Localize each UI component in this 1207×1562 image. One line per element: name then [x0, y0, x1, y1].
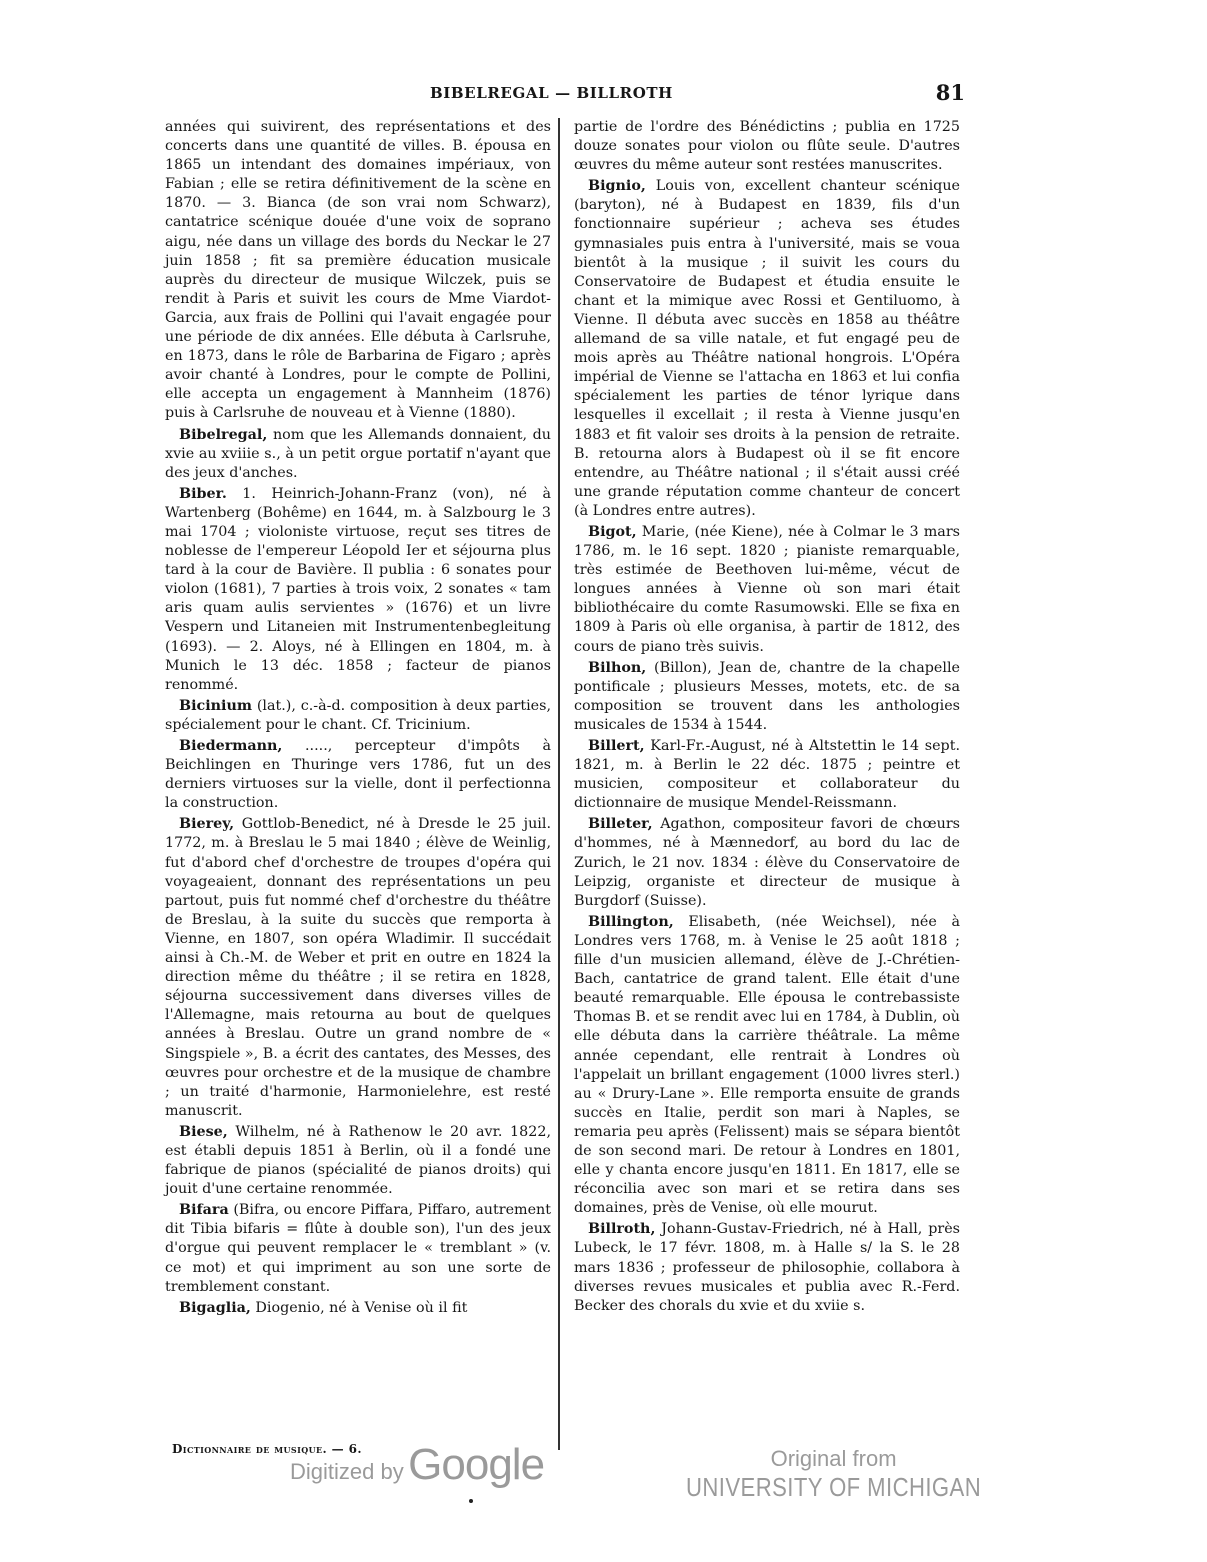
headword: Biber.	[179, 486, 227, 502]
headword: Biedermann,	[179, 738, 282, 754]
headword: Billroth,	[588, 1221, 655, 1237]
headword: Bifara	[179, 1202, 229, 1218]
entry-bigot: Bigot, Marie, (née Kiene), née à Colmar …	[574, 523, 960, 657]
headword: Bigot,	[588, 524, 637, 540]
google-watermark: Digitized by Google	[290, 1440, 544, 1490]
running-head: BIBELREGAL — BILLROTH	[430, 84, 673, 102]
headword: Bierey,	[179, 816, 234, 832]
headword: Bicinium	[179, 698, 252, 714]
entry-bifara: Bifara (Bifra, ou encore Piffara, Piffar…	[165, 1201, 551, 1296]
headword: Billeter,	[588, 816, 653, 832]
entry-continuation: partie de l'ordre des Bénédictins ; publ…	[574, 118, 960, 175]
google-logo: Google	[408, 1440, 544, 1489]
headword: Billington,	[588, 914, 674, 930]
headword: Bignio,	[588, 178, 646, 194]
entry-biber: Biber. 1. Heinrich-Johann-Franz (von), n…	[165, 485, 551, 695]
entry-billington: Billington, Elisabeth, (née Weichsel), n…	[574, 913, 960, 1219]
entry-bibelregal: Bibelregal, nom que les Allemands donnai…	[165, 426, 551, 483]
entry-bigaglia: Bigaglia, Diogenio, né à Venise où il fi…	[165, 1299, 551, 1318]
entry-biedermann: Biedermann, ....., percepteur d'impôts à…	[165, 737, 551, 813]
entry-biese: Biese, Wilhelm, né à Rathenow le 20 avr.…	[165, 1123, 551, 1199]
entry-continuation: années qui suivirent, des représentation…	[165, 118, 551, 424]
column-divider	[558, 118, 560, 1450]
entry-bilhon: Bilhon, (Billon), Jean de, chantre de la…	[574, 659, 960, 735]
headword: Bigaglia,	[179, 1300, 251, 1316]
headword: Bibelregal,	[179, 427, 267, 443]
right-column: partie de l'ordre des Bénédictins ; publ…	[574, 118, 960, 1318]
scanned-page: BIBELREGAL — BILLROTH 81 années qui suiv…	[0, 0, 1207, 1562]
page-header: BIBELREGAL — BILLROTH 81	[160, 80, 965, 110]
headword: Billert,	[588, 738, 645, 754]
entry-billert: Billert, Karl-Fr.-August, né à Altstetti…	[574, 737, 960, 813]
entry-bignio: Bignio, Louis von, excellent chanteur sc…	[574, 177, 960, 521]
page-number: 81	[936, 80, 965, 105]
entry-bierey: Bierey, Gottlob-Benedict, né à Dresde le…	[165, 815, 551, 1121]
entry-billeter: Billeter, Agathon, compositeur favori de…	[574, 815, 960, 910]
headword: Biese,	[179, 1124, 228, 1140]
entry-bicinium: Bicinium (lat.), c.-à-d. composition à d…	[165, 697, 551, 735]
headword: Bilhon,	[588, 660, 646, 676]
scan-speck	[469, 1499, 473, 1503]
university-watermark: Original from UNIVERSITY OF MICHIGAN	[660, 1446, 1007, 1503]
left-column: années qui suivirent, des représentation…	[165, 118, 551, 1320]
entry-billroth: Billroth, Johann-Gustav-Friedrich, né à …	[574, 1220, 960, 1315]
